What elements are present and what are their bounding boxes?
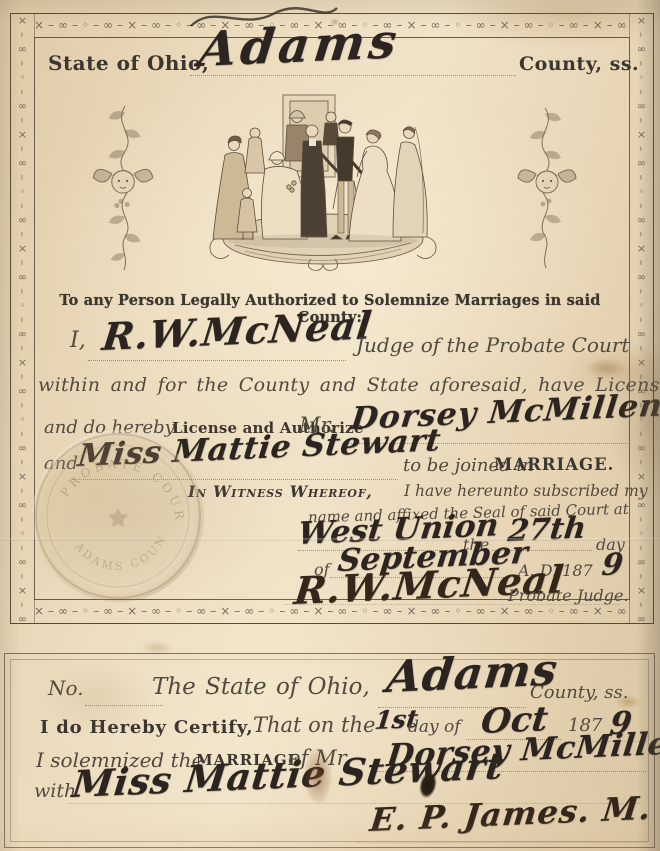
judge-name-rule — [88, 359, 346, 361]
signature-rule-return — [356, 841, 646, 843]
state-of-ohio-label: State of Ohio, — [48, 51, 209, 75]
marriage-label: MARRIAGE. — [494, 455, 614, 474]
header-rule — [190, 74, 516, 76]
witness-whereof-label: In Witness Whereof, — [188, 482, 373, 501]
day-of-label: day of — [408, 717, 461, 737]
no-label: No. — [48, 676, 84, 700]
that-on-the-label: That on the — [253, 713, 375, 737]
i-label: I, — [70, 328, 86, 353]
hw-year: 9 — [600, 547, 625, 583]
scanned-marriage-certificate: ×–∞–◦–∞–×–∞–◦–∞–×–∞–◦–∞–×–∞–◦–∞–×–∞–◦–∞–… — [0, 0, 660, 851]
probate-seal-rings: PROBATE COURT ADAMS COUNTY — [32, 430, 204, 602]
border-ornament-right: ×–∞–◦–∞–×–∞–◦–∞–×–∞–◦–∞–×–∞–◦–∞–×–∞–◦–∞–… — [629, 14, 653, 623]
certify-label: I do Hereby Certify, — [40, 717, 253, 738]
return-state-line: The State of Ohio, — [152, 674, 370, 700]
cherub-ornament-right — [514, 104, 580, 272]
judge-title-label: Judge of the Probate Court — [356, 333, 629, 357]
hw-county-name: Adams — [196, 13, 403, 78]
cherub-ornament-left — [88, 102, 158, 274]
probate-seal: PROBATE COURT ADAMS COUNTY — [32, 430, 204, 602]
county-ss-label: County, ss. — [519, 53, 639, 75]
signature-rule-license — [284, 603, 620, 605]
no-rule — [85, 704, 163, 706]
fold-crease — [0, 538, 660, 541]
witness-text: I have hereunto subscribed my — [404, 482, 648, 500]
wedding-scene-engraving — [205, 93, 441, 273]
